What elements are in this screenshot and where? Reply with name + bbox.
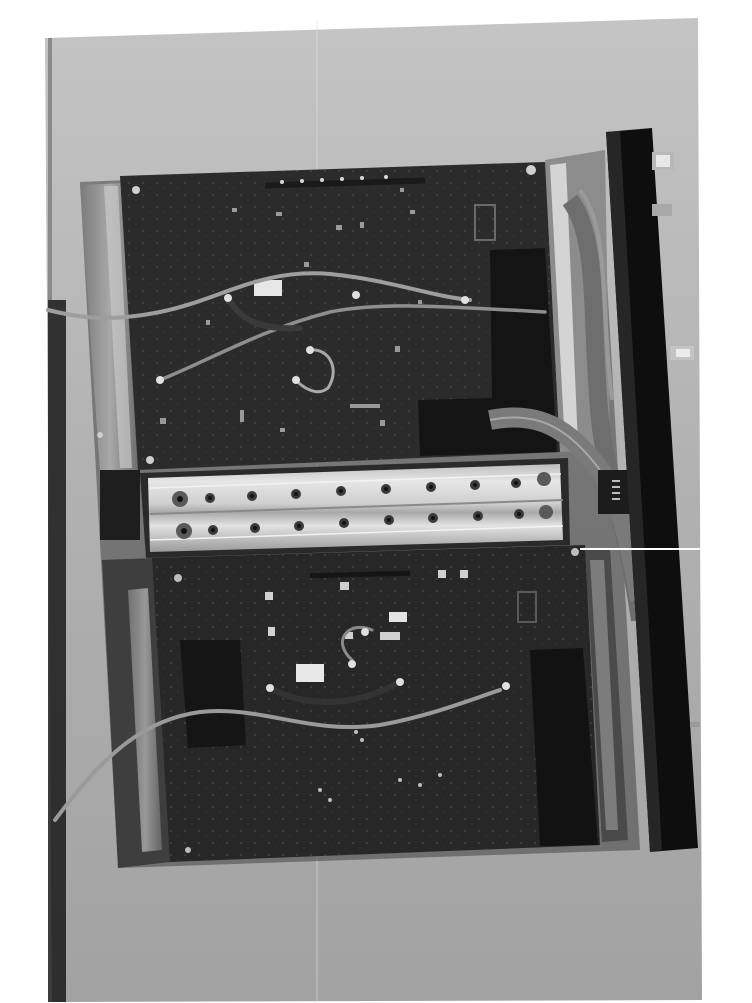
heatsink-rail (100, 458, 570, 558)
hardware-photo (0, 0, 752, 1003)
upper-pcb (80, 162, 560, 472)
lower-pcb (102, 545, 628, 868)
